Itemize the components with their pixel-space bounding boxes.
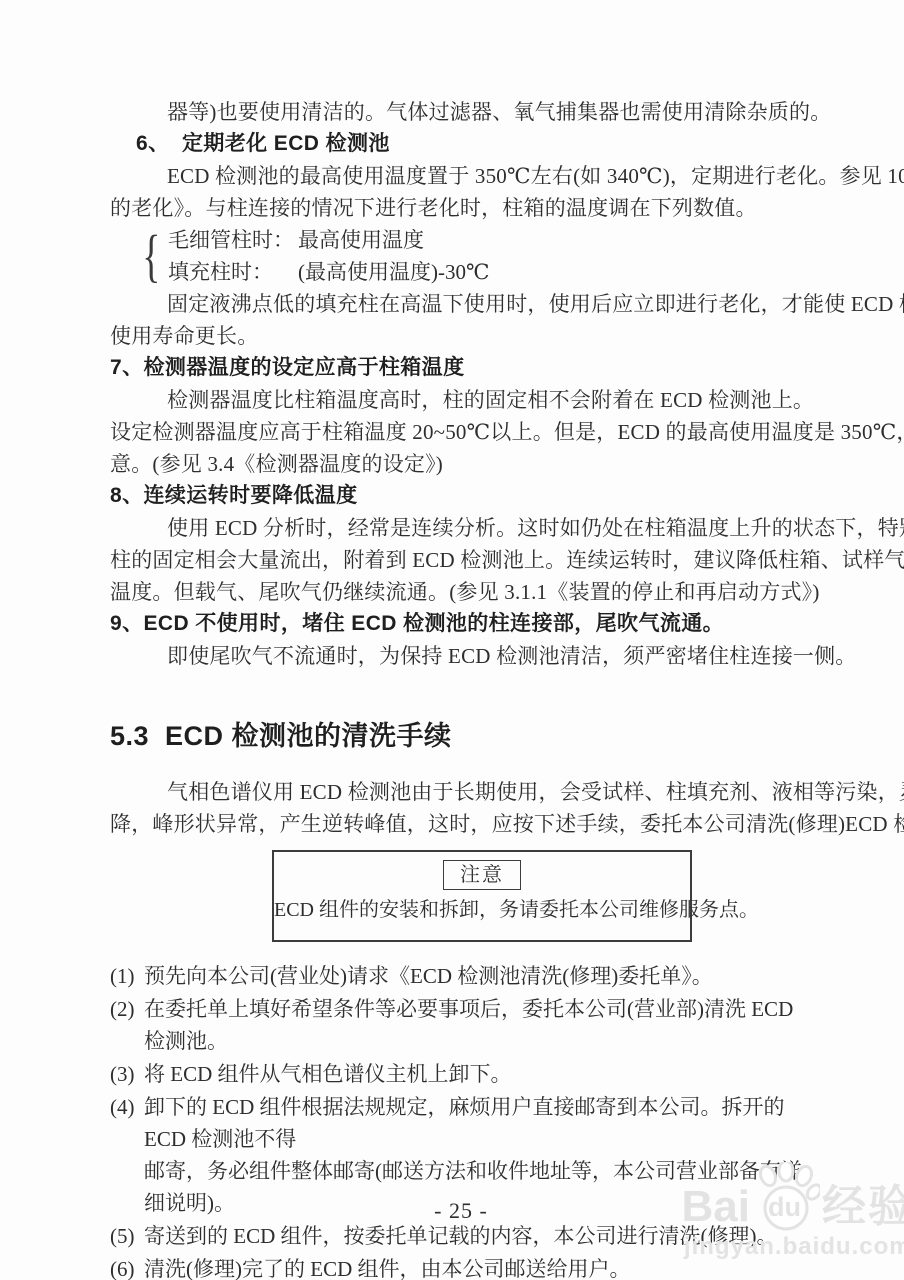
step-text: 预先向本公司(营业处)请求《ECD 检测池清洗(修理)委托单》。 (144, 960, 713, 992)
section-8-heading: 8、连续运转时要降低温度 (110, 480, 812, 512)
left-brace-glyph: { (142, 224, 158, 288)
watermark-brand-du: du (768, 1192, 801, 1222)
watermark-url: jingyan.baidu.com (682, 1234, 904, 1260)
section-9-line1: 即使尾吹气不流通时，为保持 ECD 检测池清洁，须严密堵住柱连接一侧。 (110, 640, 812, 672)
section-9-heading: 9、ECD 不使用时，堵住 ECD 检测池的柱连接部，尾吹气流通。 (110, 608, 812, 640)
section-7-heading: 7、检测器温度的设定应高于柱箱温度 (110, 352, 812, 384)
brace-item-value: 最高使用温度 (298, 224, 424, 256)
section-5-3-intro-line1: 气相色谱仪用 ECD 检测池由于长期使用，会受试样、柱填充剂、液相等污染，灵敏度… (110, 776, 812, 808)
watermark-logo-row: Bai du 经验 (682, 1162, 904, 1232)
brace-item-label: 毛细管柱时： (168, 224, 298, 256)
notice-label: 注意 (443, 860, 521, 890)
temperature-brace-list: { 毛细管柱时： 最高使用温度 填充柱时： (最高使用温度)-30℃ (138, 224, 812, 288)
step-number: (2) (110, 993, 144, 1057)
step-number: (3) (110, 1058, 144, 1090)
step-number: (1) (110, 960, 144, 992)
section-6-para2-line2: 使用寿命更长。 (110, 320, 812, 352)
step-text: 在委托单上填好希望条件等必要事项后，委托本公司(营业部)清洗 ECD 检测池。 (144, 993, 812, 1057)
section-6-heading: 6、 定期老化 ECD 检测池 (136, 128, 812, 160)
continuation-text-line: 器等)也要使用清洁的。气体过滤器、氧气捕集器也需使用清除杂质的。 (110, 96, 812, 128)
manual-page: 器等)也要使用清洁的。气体过滤器、氧气捕集器也需使用清除杂质的。 6、 定期老化… (0, 0, 904, 1280)
procedure-step-2: (2) 在委托单上填好希望条件等必要事项后，委托本公司(营业部)清洗 ECD 检… (110, 993, 812, 1057)
section-6-para1-line1: ECD 检测池的最高使用温度置于 350℃左右(如 340℃)，定期进行老化。参… (110, 160, 812, 192)
baidu-jingyan-watermark: Bai du 经验 jingyan.baidu.com (682, 1162, 904, 1260)
brace-item-label: 填充柱时： (168, 256, 298, 288)
section-8-line3: 温度。但载气、尾吹气仍继续流通。(参见 3.1.1《装置的停止和再启动方式》) (110, 576, 812, 608)
step-number: (6) (110, 1253, 144, 1280)
notice-box: 注意 ECD 组件的安装和拆卸，务请委托本公司维修服务点。 (272, 850, 692, 942)
section-6-para2-line1: 固定液沸点低的填充柱在高温下使用时，使用后应立即进行老化，才能使 ECD 检测池… (110, 288, 812, 320)
paw-icon: du (752, 1162, 820, 1232)
procedure-step-3: (3) 将 ECD 组件从气相色谱仪主机上卸下。 (110, 1058, 812, 1090)
section-7-line1: 检测器温度比柱箱温度高时，柱的固定相不会附着在 ECD 检测池上。 (110, 384, 812, 416)
section-8-line2: 柱的固定相会大量流出，附着到 ECD 检测池上。连续运转时，建议降低柱箱、试样气… (110, 544, 812, 576)
section-7-line2: 设定检测器温度应高于柱箱温度 20~50℃以上。但是，ECD 的最高使用温度是 … (110, 416, 812, 448)
page-content: 器等)也要使用清洁的。气体过滤器、氧气捕集器也需使用清除杂质的。 6、 定期老化… (110, 96, 812, 1280)
section-5-3-heading: 5.3 ECD 检测池的清洗手续 (110, 716, 812, 756)
brace-lines: 毛细管柱时： 最高使用温度 填充柱时： (最高使用温度)-30℃ (168, 224, 489, 288)
brace-item-value: (最高使用温度)-30℃ (298, 256, 489, 288)
section-5-3-intro-line2: 降，峰形状异常，产生逆转峰值，这时，应按下述手续，委托本公司清洗(修理)ECD … (110, 808, 812, 840)
section-6-para1-line2: 的老化》。与柱连接的情况下进行老化时，柱箱的温度调在下列数值。 (110, 192, 812, 224)
notice-text: ECD 组件的安装和拆卸，务请委托本公司维修服务点。 (274, 894, 690, 926)
procedure-step-1: (1) 预先向本公司(营业处)请求《ECD 检测池清洗(修理)委托单》。 (110, 960, 812, 992)
section-7-line3: 意。(参见 3.4《检测器温度的设定》) (110, 448, 812, 480)
step-text: 清洗(修理)完了的 ECD 组件，由本公司邮送给用户。 (144, 1253, 631, 1280)
step-text: 将 ECD 组件从气相色谱仪主机上卸下。 (144, 1058, 512, 1090)
section-8-line1: 使用 ECD 分析时，经常是连续分析。这时如仍处在柱箱温度上升的状态下，特别是填… (110, 512, 812, 544)
watermark-brand-prefix: Bai (682, 1182, 750, 1232)
watermark-brand-cn: 经验 (822, 1182, 904, 1232)
brace-item-capillary: 毛细管柱时： 最高使用温度 (168, 224, 489, 256)
brace-item-packed: 填充柱时： (最高使用温度)-30℃ (168, 256, 489, 288)
